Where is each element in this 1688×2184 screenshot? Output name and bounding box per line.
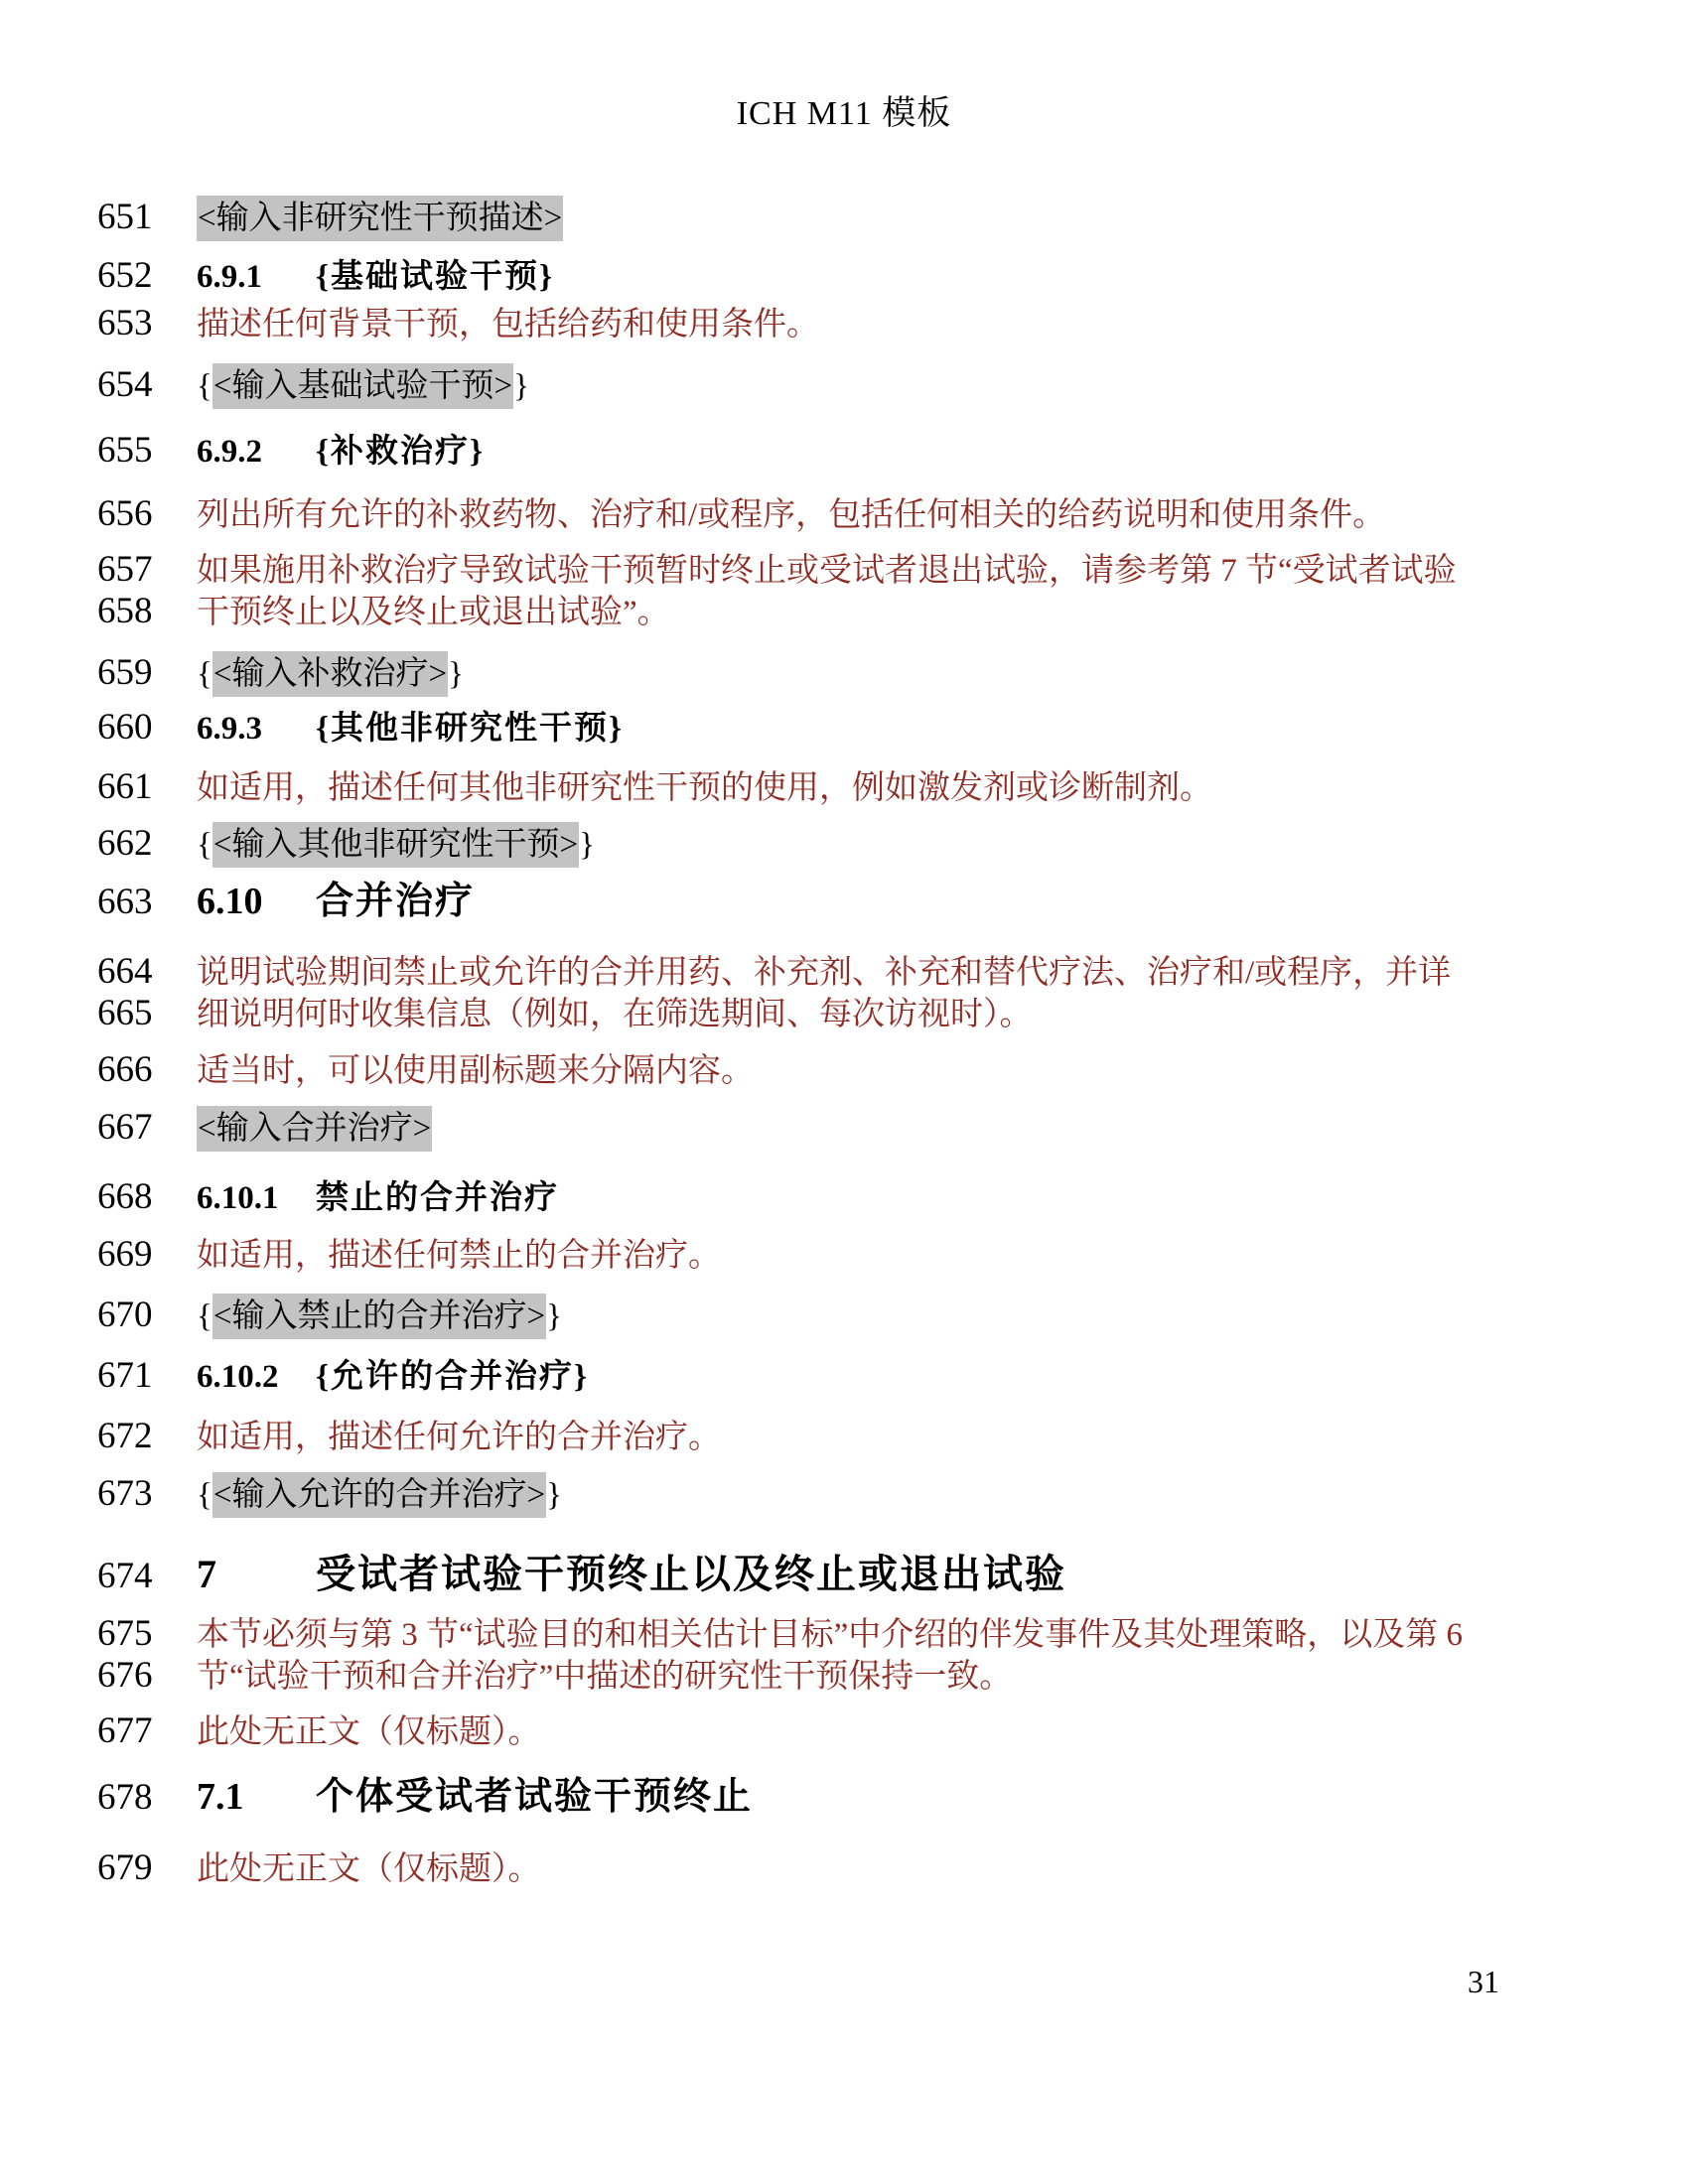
- brace-close: }: [513, 368, 529, 404]
- section-title: {允许的合并治疗}: [316, 1359, 589, 1395]
- page-header-title: ICH M11 模板: [0, 85, 1688, 134]
- line-number: 655: [97, 427, 197, 475]
- placeholder-text: <输入允许的合并治疗>: [212, 1472, 546, 1518]
- line-number: 677: [97, 1707, 197, 1755]
- line-666: 666适当时，可以使用副标题来分隔内容。: [97, 1046, 754, 1095]
- placeholder-text: <输入非研究性干预描述>: [197, 196, 563, 241]
- line-number: 654: [97, 361, 197, 409]
- line-number: 679: [97, 1844, 197, 1892]
- line-665: 665细说明何时收集信息（例如，在筛选期间、每次访视时）。: [97, 990, 1033, 1038]
- line-number: 661: [97, 763, 197, 811]
- section-number: 6.9.2: [197, 428, 316, 476]
- section-title: 个体受试者试验干预终止: [316, 1776, 753, 1818]
- brace-open: {: [197, 656, 212, 692]
- instruction-text: 此处无正文（仅标题）。: [197, 1714, 541, 1750]
- instruction-text: 干预终止以及终止或退出试验”。: [197, 595, 670, 630]
- line-number: 668: [97, 1173, 197, 1221]
- line-672: 672如适用，描述任何允许的合并治疗。: [97, 1413, 721, 1461]
- line-676: 676节“试验干预和合并治疗”中描述的研究性干预保持一致。: [97, 1652, 1012, 1701]
- line-656: 656列出所有允许的补救药物、治疗和/或程序，包括任何相关的给药说明和使用条件。: [97, 490, 1385, 539]
- line-671: 6716.10.2{允许的合并治疗}: [97, 1352, 589, 1401]
- section-number: 6.10.2: [197, 1353, 316, 1401]
- placeholder-text: <输入禁止的合并治疗>: [212, 1294, 546, 1339]
- line-661: 661如适用，描述任何其他非研究性干预的使用，例如激发剂或诊断制剂。: [97, 763, 1212, 812]
- line-number: 666: [97, 1046, 197, 1094]
- line-659: 659{<输入补救治疗>}: [97, 649, 464, 698]
- line-652: 6526.9.1{基础试验干预}: [97, 252, 554, 301]
- brace-open: {: [197, 827, 212, 863]
- line-668: 6686.10.1禁止的合并治疗: [97, 1173, 559, 1222]
- line-669: 669如适用，描述任何禁止的合并治疗。: [97, 1231, 721, 1280]
- placeholder-text: <输入合并治疗>: [197, 1106, 432, 1152]
- placeholder-text: <输入其他非研究性干预>: [212, 822, 579, 868]
- brace-open: {: [197, 1298, 212, 1334]
- line-679: 679此处无正文（仅标题）。: [97, 1844, 541, 1893]
- line-673: 673{<输入允许的合并治疗>}: [97, 1470, 562, 1519]
- line-674: 6747受试者试验干预终止以及终止或退出试验: [97, 1547, 1066, 1605]
- line-number: 652: [97, 252, 197, 300]
- line-651: 651<输入非研究性干预描述>: [97, 194, 563, 242]
- section-title: 受试者试验干预终止以及终止或退出试验: [316, 1552, 1066, 1596]
- instruction-text: 本节必须与第 3 节“试验目的和相关估计目标”中介绍的伴发事件及其处理策略，以及…: [197, 1617, 1463, 1653]
- instruction-text: 描述任何背景干预，包括给药和使用条件。: [197, 307, 819, 342]
- line-number: 673: [97, 1470, 197, 1518]
- line-number: 657: [97, 546, 197, 594]
- line-655: 6556.9.2{补救治疗}: [97, 427, 485, 476]
- line-number: 659: [97, 649, 197, 697]
- line-654: 654{<输入基础试验干预>}: [97, 361, 529, 410]
- instruction-text: 如适用，描述任何禁止的合并治疗。: [197, 1238, 721, 1274]
- placeholder-text: <输入补救治疗>: [212, 651, 448, 697]
- line-number: 658: [97, 588, 197, 635]
- line-number: 662: [97, 820, 197, 868]
- brace-open: {: [197, 1477, 212, 1513]
- brace-close: }: [546, 1298, 562, 1334]
- line-678: 6787.1个体受试者试验干预终止: [97, 1771, 753, 1825]
- line-658: 658干预终止以及终止或退出试验”。: [97, 588, 670, 636]
- line-number: 651: [97, 194, 197, 241]
- section-title: {其他非研究性干预}: [316, 711, 624, 747]
- brace-close: }: [546, 1477, 562, 1513]
- section-title: {补救治疗}: [316, 434, 485, 470]
- instruction-text: 细说明何时收集信息（例如，在筛选期间、每次访视时）。: [197, 997, 1033, 1032]
- line-number: 676: [97, 1652, 197, 1700]
- instruction-text: 此处无正文（仅标题）。: [197, 1851, 541, 1887]
- line-number: 664: [97, 948, 197, 996]
- line-653: 653描述任何背景干预，包括给药和使用条件。: [97, 300, 819, 348]
- instruction-text: 节“试验干预和合并治疗”中描述的研究性干预保持一致。: [197, 1659, 1012, 1695]
- line-662: 662{<输入其他非研究性干预>}: [97, 820, 595, 869]
- line-number: 653: [97, 300, 197, 347]
- brace-close: }: [579, 827, 595, 863]
- line-number: 656: [97, 490, 197, 538]
- line-number: 674: [97, 1549, 197, 1604]
- line-660: 6606.9.3{其他非研究性干预}: [97, 704, 624, 752]
- section-number: 6.9.3: [197, 705, 316, 752]
- line-number: 667: [97, 1104, 197, 1152]
- instruction-text: 如适用，描述任何允许的合并治疗。: [197, 1420, 721, 1455]
- line-number: 675: [97, 1610, 197, 1658]
- section-number: 7: [197, 1547, 316, 1602]
- instruction-text: 说明试验期间禁止或允许的合并用药、补充剂、补充和替代疗法、治疗和/或程序，并详: [197, 955, 1451, 991]
- section-number: 7.1: [197, 1771, 316, 1823]
- line-number: 672: [97, 1413, 197, 1460]
- instruction-text: 如果施用补救治疗导致试验干预暂时终止或受试者退出试验，请参考第 7 节“受试者试…: [197, 553, 1457, 589]
- line-number: 670: [97, 1292, 197, 1339]
- line-667: 667<输入合并治疗>: [97, 1104, 432, 1153]
- instruction-text: 列出所有允许的补救药物、治疗和/或程序，包括任何相关的给药说明和使用条件。: [197, 497, 1385, 533]
- line-670: 670{<输入禁止的合并治疗>}: [97, 1292, 562, 1340]
- line-677: 677此处无正文（仅标题）。: [97, 1707, 541, 1756]
- line-663: 6636.10合并治疗: [97, 876, 475, 929]
- line-number: 669: [97, 1231, 197, 1279]
- line-number: 665: [97, 990, 197, 1037]
- section-title: 禁止的合并治疗: [316, 1180, 559, 1216]
- instruction-text: 如适用，描述任何其他非研究性干预的使用，例如激发剂或诊断制剂。: [197, 770, 1212, 806]
- line-number: 671: [97, 1352, 197, 1400]
- instruction-text: 适当时，可以使用副标题来分隔内容。: [197, 1053, 754, 1089]
- placeholder-text: <输入基础试验干预>: [212, 363, 513, 409]
- document-page: ICH M11 模板 651<输入非研究性干预描述> 6526.9.1{基础试验…: [0, 0, 1688, 2184]
- page-number: 31: [1468, 1964, 1499, 2000]
- line-number: 660: [97, 704, 197, 751]
- section-title: 合并治疗: [316, 881, 475, 922]
- section-number: 6.10.1: [197, 1174, 316, 1222]
- section-number: 6.10: [197, 876, 316, 927]
- section-number: 6.9.1: [197, 253, 316, 301]
- line-number: 678: [97, 1772, 197, 1824]
- brace-open: {: [197, 368, 212, 404]
- brace-close: }: [448, 656, 464, 692]
- line-number: 663: [97, 877, 197, 928]
- section-title: {基础试验干预}: [316, 259, 554, 295]
